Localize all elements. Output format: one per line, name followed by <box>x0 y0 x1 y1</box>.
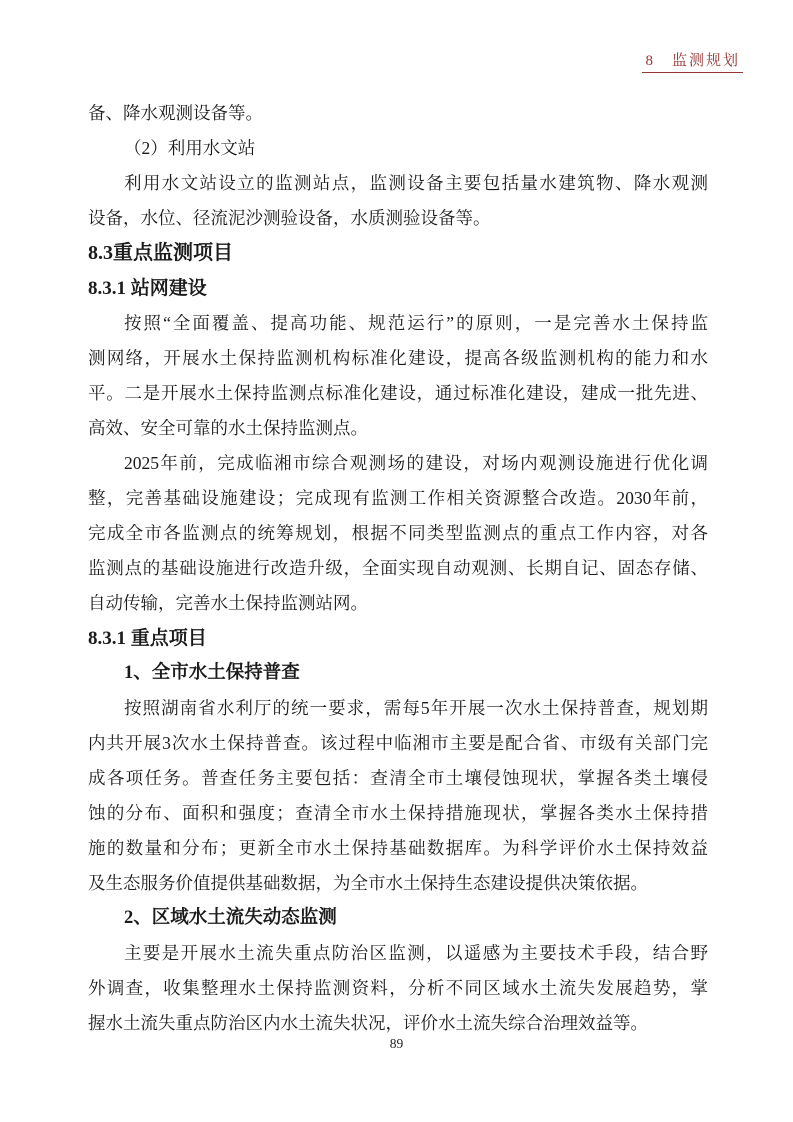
body-line: 2025年前，完成临湘市综合观测场的建设，对场内观测设施进行优化调 <box>88 446 708 481</box>
body-line: 设备，水位、径流泥沙测验设备，水质测验设备等。 <box>88 201 708 236</box>
body-line: 及生态服务价值提供基础数据，为全市水土保持生态建设提供决策依据。 <box>88 866 708 901</box>
body-line: 主要是开展水土流失重点防治区监测，以遥感为主要技术手段，结合野 <box>88 936 708 971</box>
body-line: 平。二是开展水土保持监测点标准化建设，通过标准化建设，建成一批先进、 <box>88 376 708 411</box>
body-line: 外调查，收集整理水土保持监测资料，分析不同区域水土流失发展趋势，掌 <box>88 971 708 1006</box>
running-header: 8 监测规划 <box>642 49 743 73</box>
body-line: 按照湖南省水利厅的统一要求，需每5年开展一次水土保持普查，规划期 <box>88 691 708 726</box>
body-line: 高效、安全可靠的水土保持监测点。 <box>88 411 708 446</box>
body-line: 利用水文站设立的监测站点，监测设备主要包括量水建筑物、降水观测 <box>88 166 708 201</box>
body-line: 整，完善基础设施建设；完成现有监测工作相关资源整合改造。2030年前， <box>88 481 708 516</box>
body-line: 蚀的分布、面积和强度；查清全市水土保持措施现状，掌握各类水土保持措 <box>88 796 708 831</box>
body-line: 备、降水观测设备等。 <box>88 96 708 131</box>
body-line: 完成全市各监测点的统筹规划，根据不同类型监测点的重点工作内容，对各 <box>88 516 708 551</box>
body-line: 测网络，开展水土保持监测机构标准化建设，提高各级监测机构的能力和水 <box>88 341 708 376</box>
heading-8-3: 8.3重点监测项目 <box>88 236 708 271</box>
heading-8-3-1-station: 8.3.1 站网建设 <box>88 271 708 306</box>
document-page: 8 监测规划 备、降水观测设备等。 （2）利用水文站 利用水文站设立的监测站点，… <box>0 0 793 1122</box>
body-line: 自动传输，完善水土保持监测站网。 <box>88 586 708 621</box>
body-line: 施的数量和分布；更新全市水土保持基础数据库。为科学评价水土保持效益 <box>88 831 708 866</box>
body-line: （2）利用水文站 <box>88 131 708 166</box>
body-line: 内共开展3次水土保持普查。该过程中临湘市主要是配合省、市级有关部门完 <box>88 726 708 761</box>
document-body: 备、降水观测设备等。 （2）利用水文站 利用水文站设立的监测站点，监测设备主要包… <box>88 96 708 1041</box>
body-line: 按照“全面覆盖、提高功能、规范运行”的原则，一是完善水土保持监 <box>88 306 708 341</box>
body-line: 成各项任务。普查任务主要包括：查清全市土壤侵蚀现状，掌握各类土壤侵 <box>88 761 708 796</box>
subheading-dynamic-monitoring: 2、区域水土流失动态监测 <box>88 901 708 936</box>
body-line: 监测点的基础设施进行改造升级，全面实现自动观测、长期自记、固态存储、 <box>88 551 708 586</box>
heading-8-3-1-key: 8.3.1 重点项目 <box>88 621 708 656</box>
page-number: 89 <box>0 1036 793 1052</box>
subheading-survey: 1、全市水土保持普查 <box>88 656 708 691</box>
